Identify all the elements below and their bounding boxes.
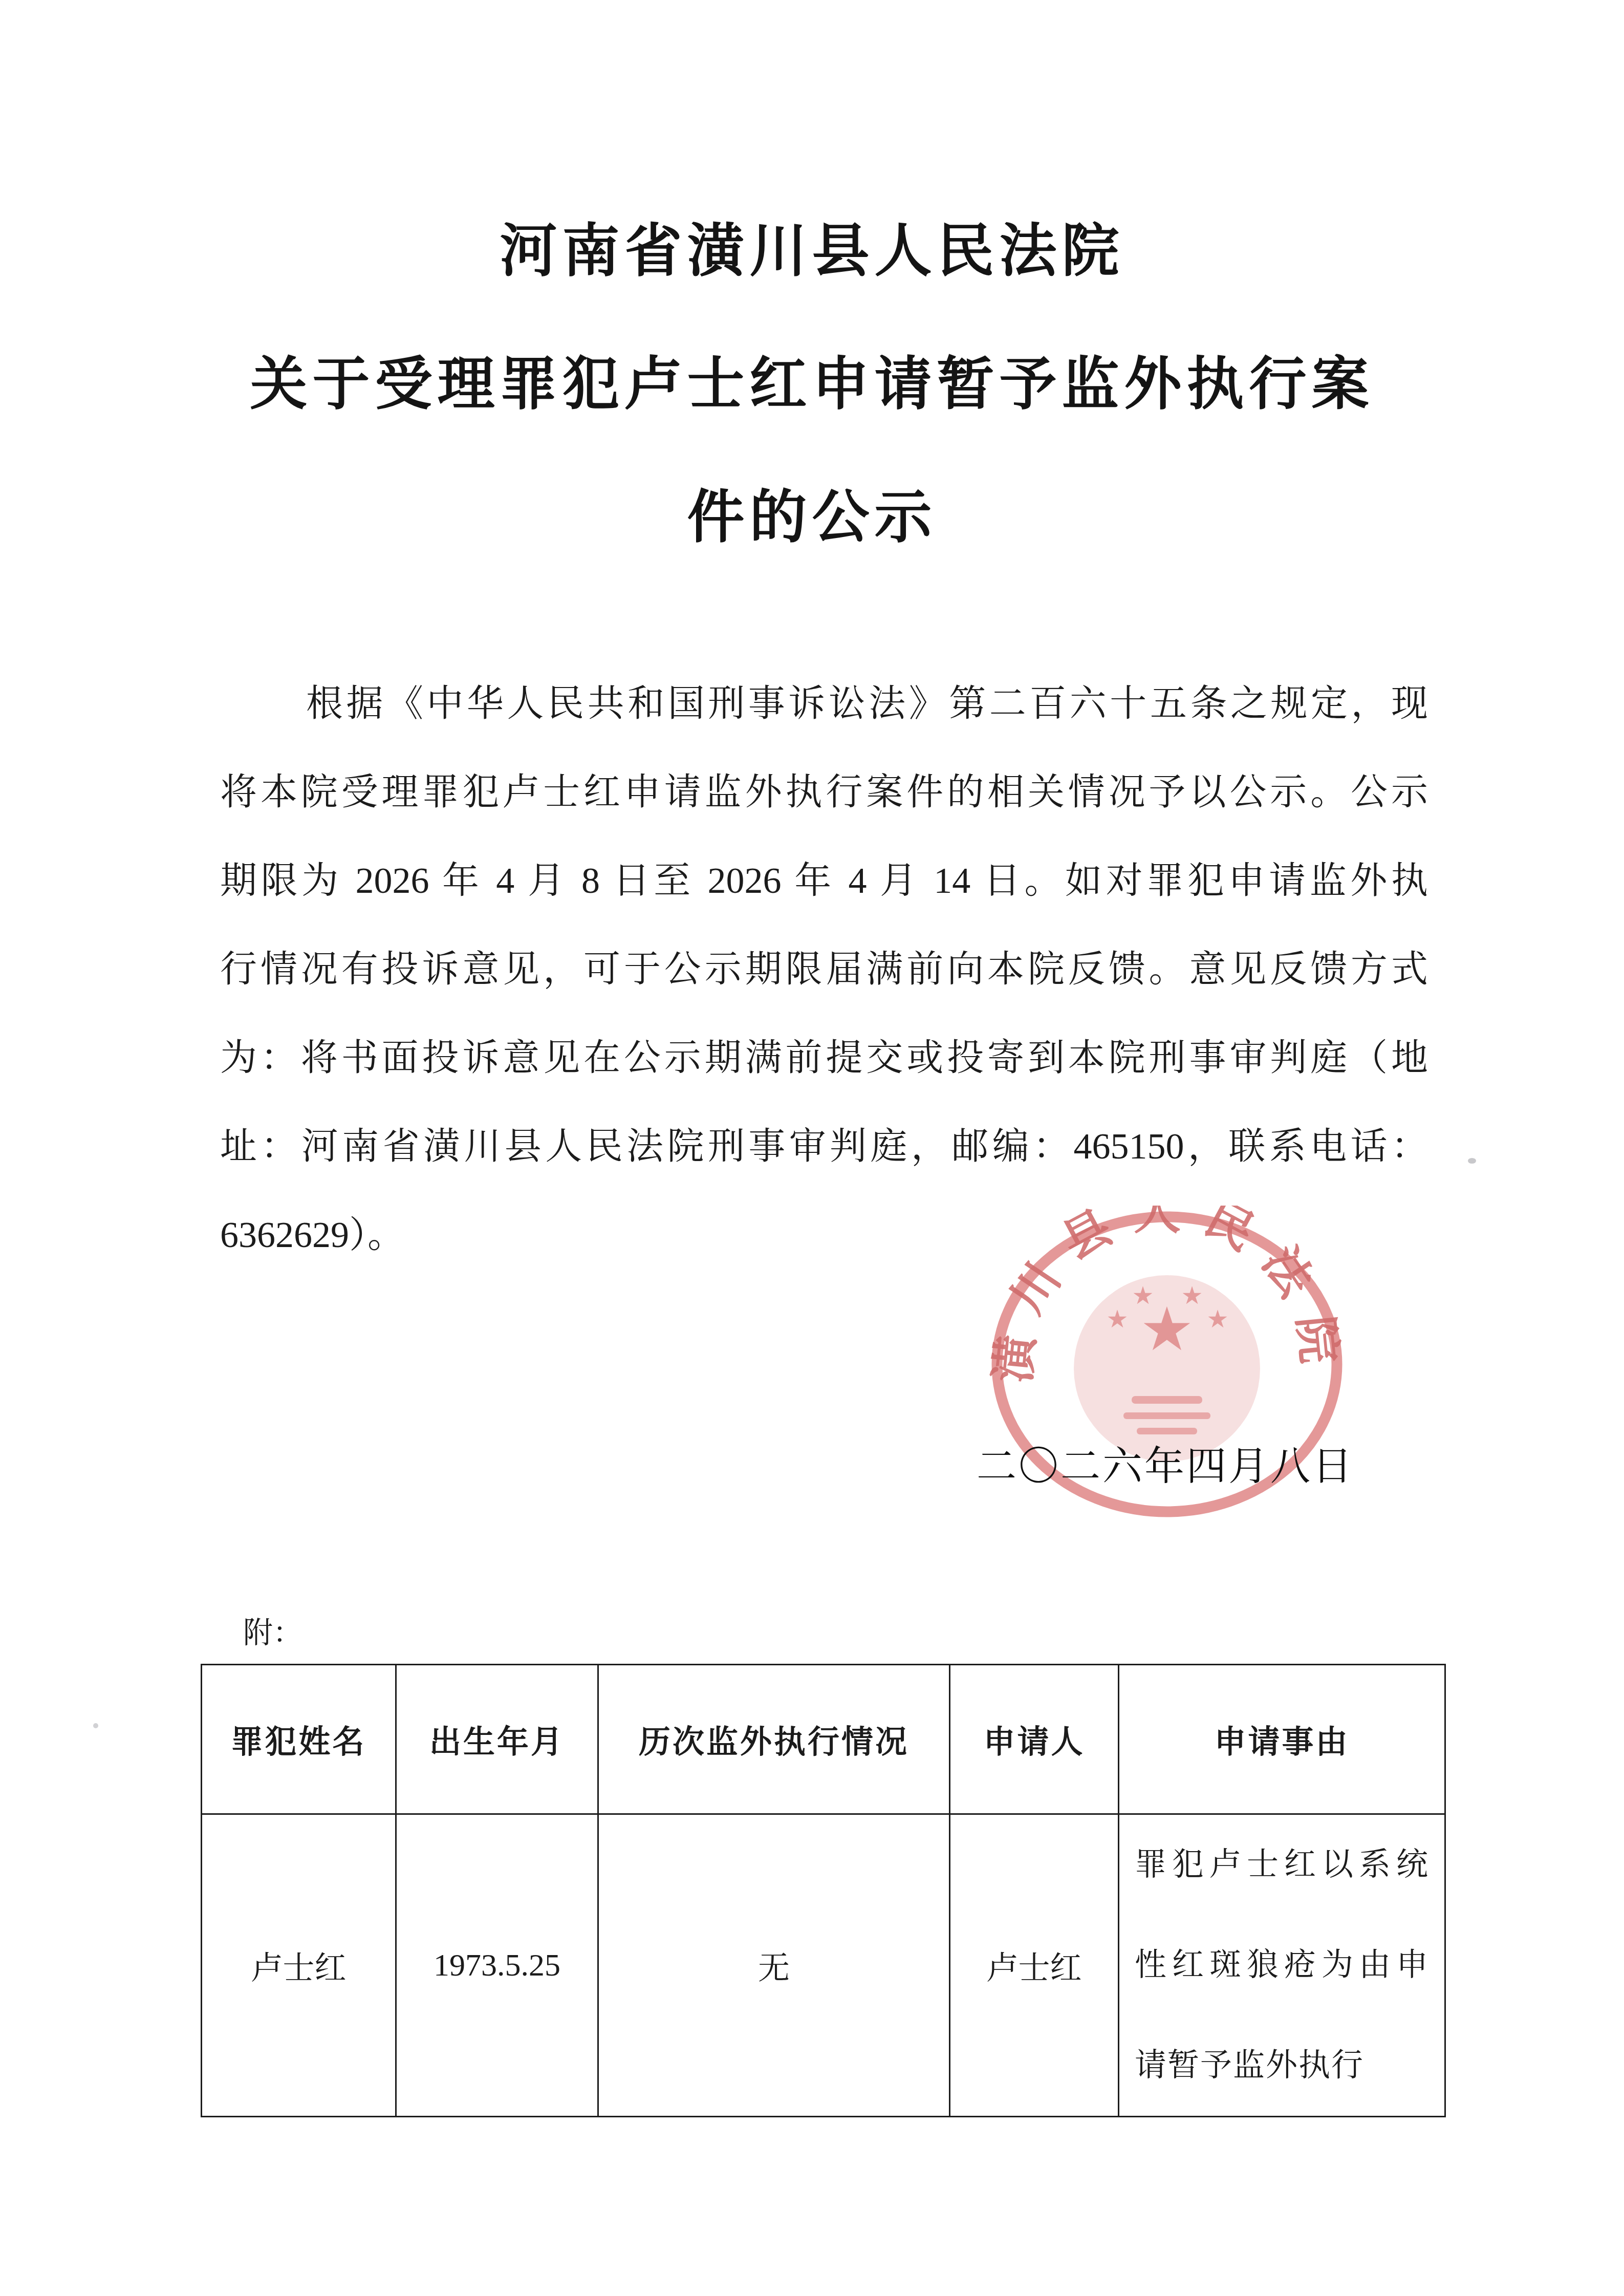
cell-birth-date: 1973.5.25 <box>396 1814 598 2117</box>
case-info-table: 罪犯姓名 出生年月 历次监外执行情况 申请人 申请事由 卢士红 1973.5.2… <box>201 1664 1446 2117</box>
table-header-row: 罪犯姓名 出生年月 历次监外执行情况 申请人 申请事由 <box>202 1665 1445 1814</box>
title-subject-line-1: 关于受理罪犯卢士红申请暂予监外执行案 <box>0 318 1624 452</box>
svg-text:★: ★ <box>1106 1305 1128 1334</box>
court-notice-page: 河南省潢川县人民法院 关于受理罪犯卢士红申请暂予监外执行案 件的公示 根据《中华… <box>0 0 1624 2296</box>
scan-speck <box>1468 1158 1476 1164</box>
body-line: 根据《中华人民共和国刑事诉讼法》第二百六十五条之规定，现 <box>220 659 1428 748</box>
cell-reason: 罪犯卢士红以系统性红斑狼疮为由申请暂予监外执行 <box>1119 1814 1445 2117</box>
body-line: 为：将书面投诉意见在公示期满前提交或投寄到本院刑事审判庭（地 <box>220 1014 1428 1102</box>
svg-text:★: ★ <box>1181 1281 1203 1310</box>
cell-applicant: 卢士红 <box>950 1814 1119 2117</box>
body-line: 将本院受理罪犯卢士红申请监外执行案件的相关情况予以公示。公示 <box>220 748 1428 836</box>
attachment-label: 附： <box>243 1608 302 1651</box>
cell-prior-history: 无 <box>598 1814 950 2117</box>
body-line: 址：河南省潢川县人民法院刑事审判庭，邮编：465150，联系电话： <box>220 1102 1428 1191</box>
header-reason: 申请事由 <box>1119 1665 1445 1814</box>
header-prior-history: 历次监外执行情况 <box>598 1665 950 1814</box>
title-subject-line-2: 件的公示 <box>0 452 1624 585</box>
notice-body: 根据《中华人民共和国刑事诉讼法》第二百六十五条之规定，现 将本院受理罪犯卢士红申… <box>220 659 1428 1279</box>
svg-text:★: ★ <box>1132 1281 1154 1310</box>
header-applicant: 申请人 <box>950 1665 1119 1814</box>
header-criminal-name: 罪犯姓名 <box>202 1665 396 1814</box>
body-line: 期限为 2026 年 4 月 8 日至 2026 年 4 月 14 日。如对罪犯… <box>220 836 1428 925</box>
title-court-name: 河南省潢川县人民法院 <box>0 185 1624 318</box>
notice-title: 河南省潢川县人民法院 关于受理罪犯卢士红申请暂予监外执行案 件的公示 <box>0 185 1624 585</box>
table-row: 卢士红 1973.5.25 无 卢士红 罪犯卢士红以系统性红斑狼疮为由申请暂予监… <box>202 1814 1445 2117</box>
body-line: 行情况有投诉意见，可于公示期限届满前向本院反馈。意见反馈方式 <box>220 925 1428 1014</box>
issue-date: 二〇二六年四月八日 <box>977 1434 1354 1492</box>
svg-text:★: ★ <box>1206 1305 1228 1334</box>
cell-criminal-name: 卢士红 <box>202 1814 396 2117</box>
header-birth-date: 出生年月 <box>396 1665 598 1814</box>
scan-speck <box>93 1723 98 1728</box>
